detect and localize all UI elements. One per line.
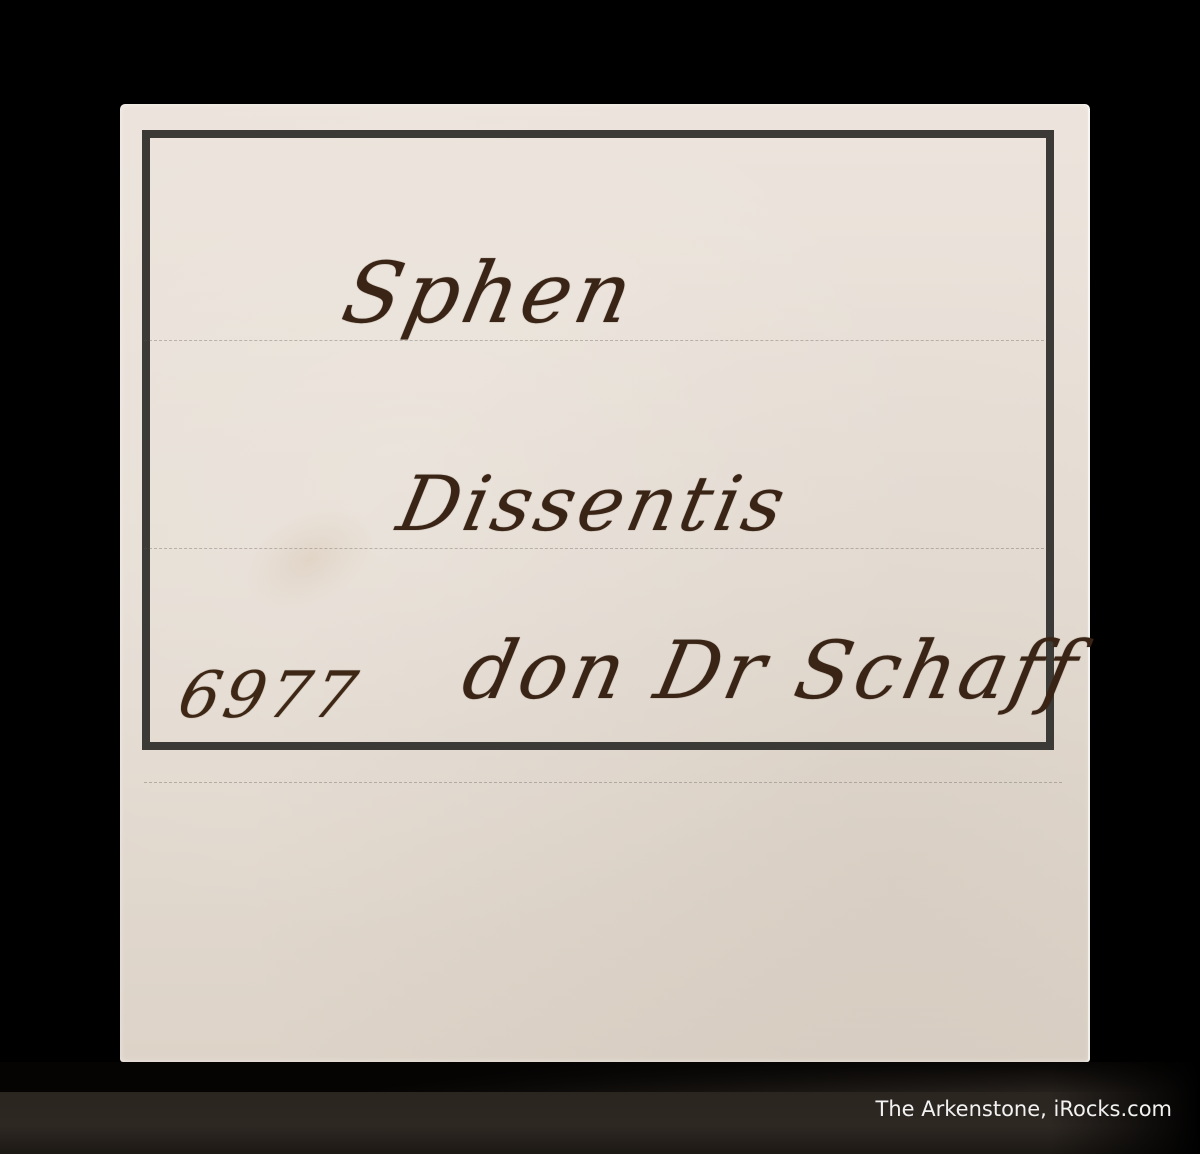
locality: Dissentis <box>391 459 797 548</box>
catalog-number: 6977 <box>172 659 367 733</box>
card-shadow <box>0 1062 1200 1092</box>
photo-credit-watermark: The Arkenstone, iRocks.com <box>876 1097 1172 1121</box>
mineral-name: Sphen <box>335 244 645 342</box>
specimen-label-card: Sphen Dissentis 6977 don Dr Schaff <box>120 104 1090 1062</box>
ruled-line <box>144 782 1062 783</box>
donor-note: don Dr Schaff <box>455 624 1089 717</box>
